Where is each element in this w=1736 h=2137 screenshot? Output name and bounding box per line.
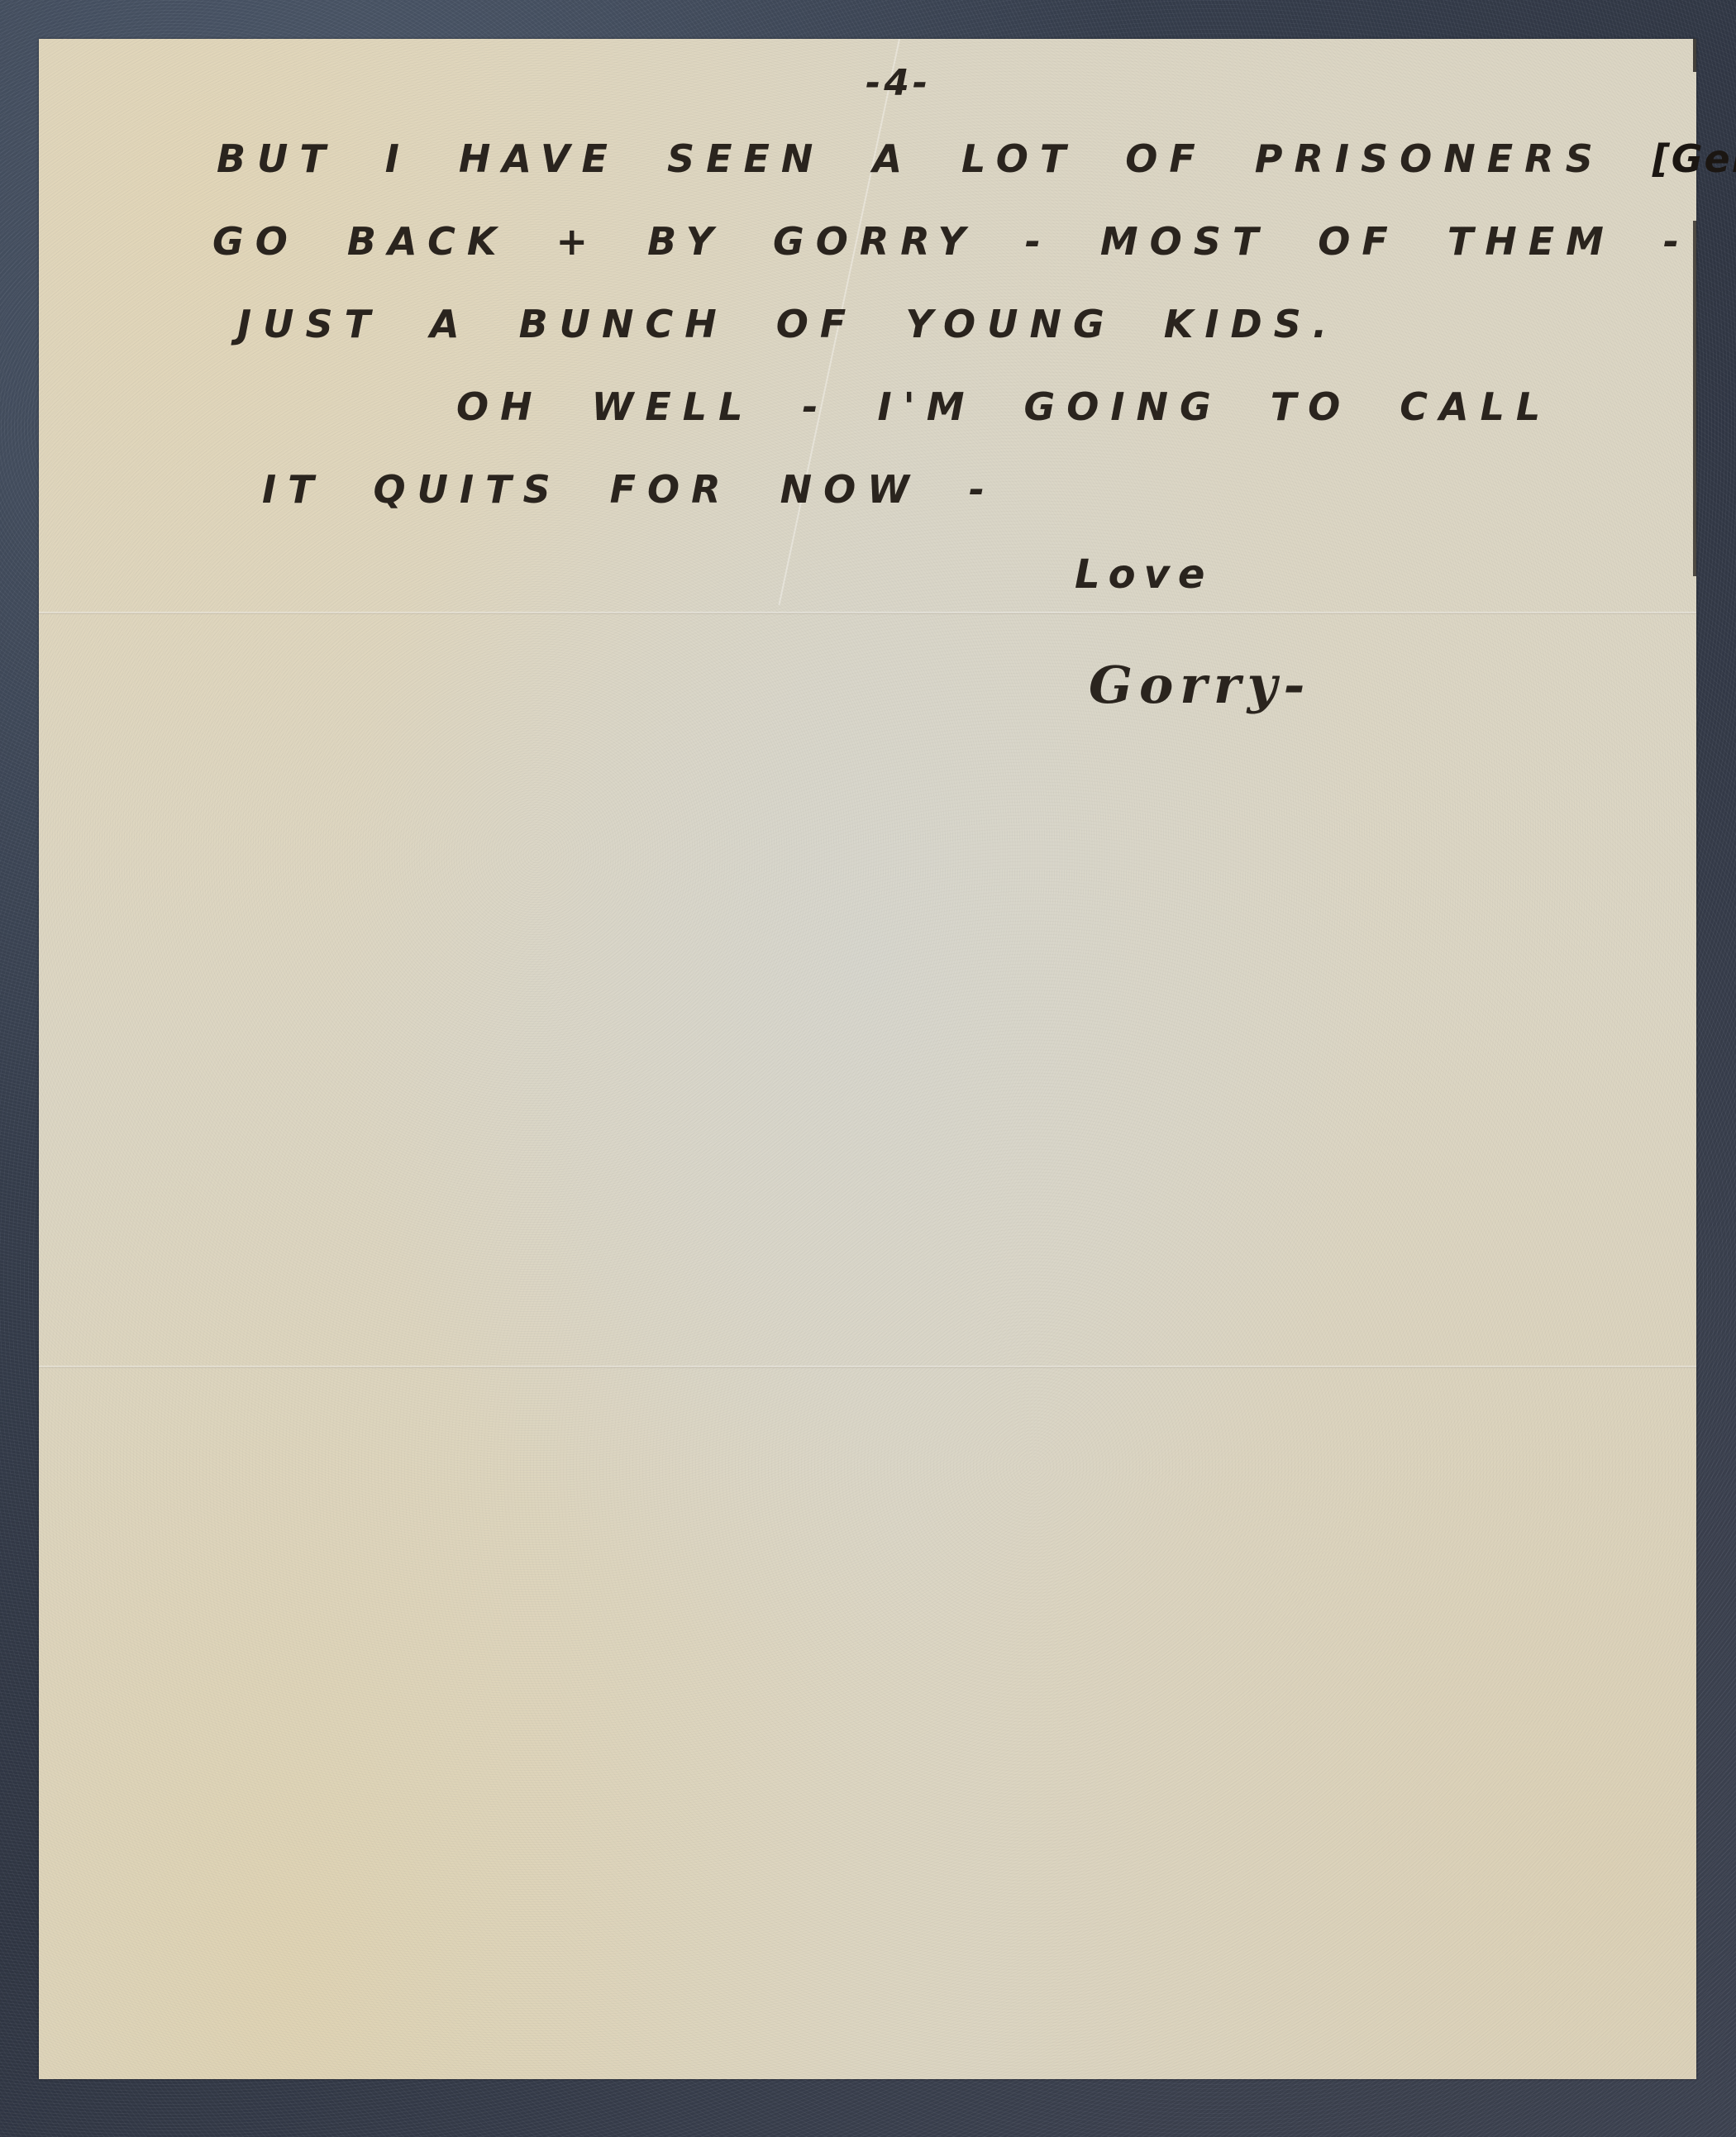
letter-page: -4- But I have seen a lot of Prisoners [… — [39, 39, 1696, 2079]
letter-line-2: Go back + by Gorry - Most of them - are — [212, 219, 1736, 264]
bracket-annotation: [Gerks — [1653, 136, 1736, 181]
letter-line-1-text: But I have seen a lot of Prisoners — [217, 136, 1605, 181]
paper-fold-lower — [39, 1366, 1696, 1368]
letter-signature: Gorry- — [1089, 655, 1311, 715]
paper-fold-upper — [39, 612, 1696, 614]
paper-edge-ink-mark — [1693, 39, 1696, 576]
letter-line-5: it quits for now - — [262, 467, 996, 512]
letter-line-1: But I have seen a lot of Prisoners [Gerk… — [217, 136, 1736, 181]
letter-line-4: Oh well - I'm going to call — [456, 384, 1552, 429]
page-number: -4- — [866, 62, 931, 104]
letter-line-3: just a bunch of young kids. — [237, 302, 1338, 346]
letter-closing: Love — [1075, 551, 1213, 598]
